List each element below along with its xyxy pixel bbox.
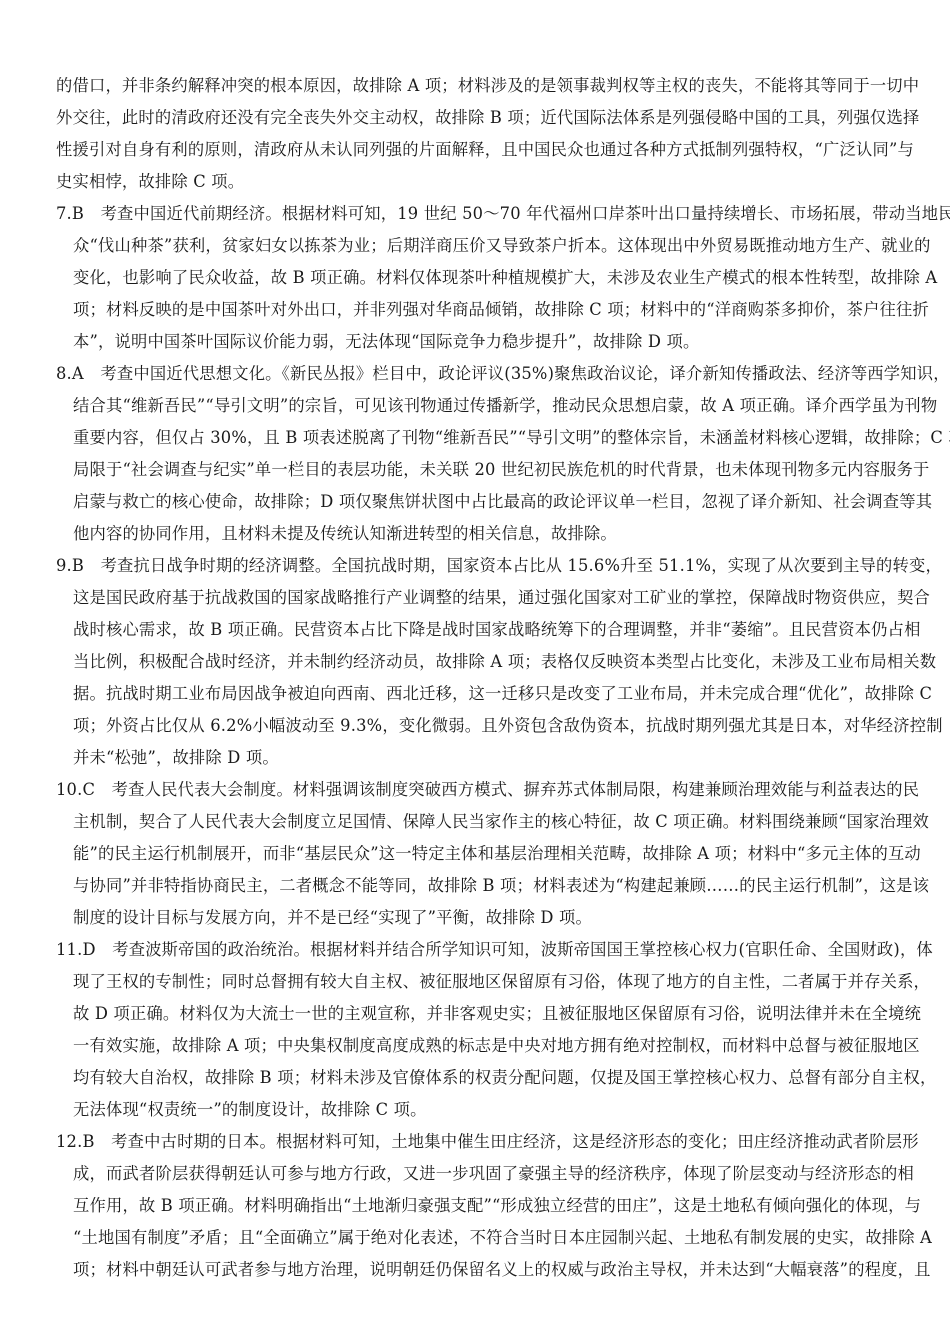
answer-item-7: 7.B 考查中国近代前期经济。根据材料可知，19 世纪 50～70 年代福州口岸… (0, 198, 950, 358)
text-line: 据。抗战时期工业布局因战争被迫向西南、西北迁移，这一迁移只是改变了工业布局，并未… (0, 678, 914, 710)
text-line: 均有较大自治权，故排除 B 项；材料未涉及官僚体系的权责分配问题，仅提及国王掌控… (0, 1062, 914, 1094)
text-line: 与协同”并非特指协商民主，二者概念不能等同，故排除 B 项；材料表述为“构建起兼… (0, 870, 914, 902)
text-line: 一有效实施，故排除 A 项；中央集权制度高度成熟的标志是中央对地方拥有绝对控制权… (0, 1030, 914, 1062)
text-line: 变化，也影响了民众收益，故 B 项正确。材料仅体现茶叶种植规模扩大，未涉及农业生… (0, 262, 914, 294)
text-line: 重要内容，但仅占 30%，且 B 项表述脱离了刊物“维新吾民”“导引文明”的整体… (0, 422, 914, 454)
item-heading-line: 11.D 考查波斯帝国的政治统治。根据材料并结合所学知识可知，波斯帝国国王掌控核… (0, 934, 914, 966)
item-heading-line: 9.B 考查抗日战争时期的经济调整。全国抗战时期，国家资本占比从 15.6%升至… (0, 550, 914, 582)
text-line: 启蒙与救亡的核心使命，故排除；D 项仅聚焦饼状图中占比最高的政论评议单一栏目，忽… (0, 486, 914, 518)
text-line: 并未“松弛”，故排除 D 项。 (0, 742, 914, 774)
answer-item-11: 11.D 考查波斯帝国的政治统治。根据材料并结合所学知识可知，波斯帝国国王掌控核… (0, 934, 950, 1126)
text-line: 互作用，故 B 项正确。材料明确指出“土地渐归豪强支配”“形成独立经营的田庄”，… (0, 1190, 914, 1222)
text-line: 他内容的协同作用，且材料未提及传统认知渐进转型的相关信息，故排除。 (0, 518, 914, 550)
text-line: 局限于“社会调查与纪实”单一栏目的表层功能，未关联 20 世纪初民族危机的时代背… (0, 454, 914, 486)
text-line: 性援引对自身有利的原则，清政府从未认同列强的片面解释，且中国民众也通过各种方式抵… (0, 134, 914, 166)
answer-explanation-page: 的借口，并非条约解释冲突的根本原因，故排除 A 项；材料涉及的是领事裁判权等主权… (0, 70, 950, 1286)
text-line: 众“伐山种茶”获利，贫家妇女以拣茶为业；后期洋商压价又导致茶户折本。这体现出中外… (0, 230, 914, 262)
text-line: “土地国有制度”矛盾；且“全面确立”属于绝对化表述，不符合当时日本庄园制兴起、土… (0, 1222, 914, 1254)
text-line: 这是国民政府基于抗战救国的国家战略推行产业调整的结果，通过强化国家对工矿业的掌控… (0, 582, 914, 614)
text-line: 故 D 项正确。材料仅为大流士一世的主观宣称，并非客观史实；且被征服地区保留原有… (0, 998, 914, 1030)
text-line: 无法体现“权责统一”的制度设计，故排除 C 项。 (0, 1094, 914, 1126)
item-heading-line: 8.A 考查中国近代思想文化。《新民丛报》栏目中，政论评议(35%)聚焦政治议论… (0, 358, 914, 390)
item-heading-line: 12.B 考查中古时期的日本。根据材料可知，土地集中催生田庄经济，这是经济形态的… (0, 1126, 914, 1158)
answer-item-12: 12.B 考查中古时期的日本。根据材料可知，土地集中催生田庄经济，这是经济形态的… (0, 1126, 950, 1286)
text-line: 项；外资占比仅从 6.2%小幅波动至 9.3%，变化微弱。且外资包含敌伪资本，抗… (0, 710, 914, 742)
text-line: 外交往，此时的清政府还没有完全丧失外交主动权，故排除 B 项；近代国际法体系是列… (0, 102, 914, 134)
answer-item-8: 8.A 考查中国近代思想文化。《新民丛报》栏目中，政论评议(35%)聚焦政治议论… (0, 358, 950, 550)
item-heading-line: 10.C 考查人民代表大会制度。材料强调该制度突破西方模式、摒弃苏式体制局限，构… (0, 774, 914, 806)
text-line: 的借口，并非条约解释冲突的根本原因，故排除 A 项；材料涉及的是领事裁判权等主权… (0, 70, 914, 102)
text-line: 现了王权的专制性；同时总督拥有较大自主权、被征服地区保留原有习俗，体现了地方的自… (0, 966, 914, 998)
text-line: 项；材料反映的是中国茶叶对外出口，并非列强对华商品倾销，故排除 C 项；材料中的… (0, 294, 914, 326)
item-heading-line: 7.B 考查中国近代前期经济。根据材料可知，19 世纪 50～70 年代福州口岸… (0, 198, 914, 230)
text-line: 成，而武者阶层获得朝廷认可参与地方行政，又进一步巩固了豪强主导的经济秩序，体现了… (0, 1158, 914, 1190)
answer-item-10: 10.C 考查人民代表大会制度。材料强调该制度突破西方模式、摒弃苏式体制局限，构… (0, 774, 950, 934)
previous-item-continuation: 的借口，并非条约解释冲突的根本原因，故排除 A 项；材料涉及的是领事裁判权等主权… (0, 70, 950, 198)
text-line: 战时核心需求，故 B 项正确。民营资本占比下降是战时国家战略统筹下的合理调整，并… (0, 614, 914, 646)
text-line: 能”的民主运行机制展开，而非“基层民众”这一特定主体和基层治理相关范畴，故排除 … (0, 838, 914, 870)
answer-item-9: 9.B 考查抗日战争时期的经济调整。全国抗战时期，国家资本占比从 15.6%升至… (0, 550, 950, 774)
text-line: 当比例，积极配合战时经济，并未制约经济动员，故排除 A 项；表格仅反映资本类型占… (0, 646, 914, 678)
text-line: 项；材料中朝廷认可武者参与地方治理，说明朝廷仍保留名义上的权威与政治主导权，并未… (0, 1254, 914, 1286)
text-line: 主机制，契合了人民代表大会制度立足国情、保障人民当家作主的核心特征，故 C 项正… (0, 806, 914, 838)
text-line: 史实相悖，故排除 C 项。 (0, 166, 914, 198)
text-line: 结合其“维新吾民”“导引文明”的宗旨，可见该刊物通过传播新学，推动民众思想启蒙，… (0, 390, 914, 422)
text-line: 本”，说明中国茶叶国际议价能力弱，无法体现“国际竞争力稳步提升”，故排除 D 项… (0, 326, 914, 358)
text-line: 制度的设计目标与发展方向，并不是已经“实现了”平衡，故排除 D 项。 (0, 902, 914, 934)
